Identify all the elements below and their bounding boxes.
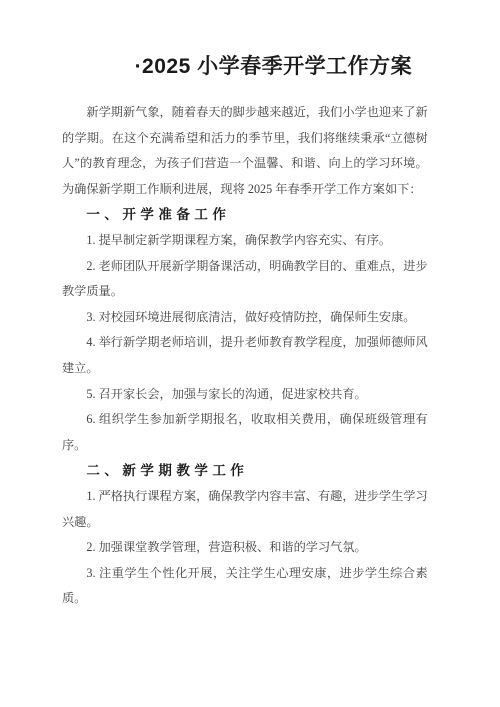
intro-paragraph: 新学期新气象，随着春天的脚步越来越近，我们小学也迎来了新的学期。在这个充满希望和… (62, 100, 428, 202)
list-item-1-5: 5. 召开家长会，加强与家长的沟通，促进家校共育。 (62, 382, 428, 408)
list-item-2-2: 2. 加强课堂教学管理，营造积极、和谐的学习气氛。 (62, 535, 428, 561)
list-item-1-1: 1. 提早制定新学期课程方案，确保教学内容充实、有序。 (62, 228, 428, 254)
section-heading-teaching: 二、新学期教学工作 (62, 458, 428, 484)
list-item-1-4: 4. 举行新学期老师培训，提升老师教育教学程度，加强师德师风建立。 (62, 330, 428, 381)
list-item-1-2: 2. 老师团队开展新学期备课活动，明确教学目的、重难点，进步教学质量。 (62, 254, 428, 305)
list-item-1-6: 6. 组织学生参加新学期报名，收取相关费用，确保班级管理有序。 (62, 407, 428, 458)
list-item-2-3: 3. 注重学生个性化开展，关注学生心理安康，进步学生综合素质。 (62, 561, 428, 612)
section-heading-preparation: 一、开学准备工作 (62, 202, 428, 228)
document-page: ·2025 小学春季开学工作方案 新学期新气象，随着春天的脚步越来越近，我们小学… (0, 0, 500, 707)
document-title: ·2025 小学春季开学工作方案 (62, 52, 428, 82)
list-item-2-1: 1. 严格执行课程方案，确保教学内容丰富、有趣，进步学生学习兴趣。 (62, 484, 428, 535)
list-item-1-3: 3. 对校园环境进展彻底清洁，做好疫情防控，确保师生安康。 (62, 305, 428, 331)
document-body: 新学期新气象，随着春天的脚步越来越近，我们小学也迎来了新的学期。在这个充满希望和… (62, 100, 428, 612)
